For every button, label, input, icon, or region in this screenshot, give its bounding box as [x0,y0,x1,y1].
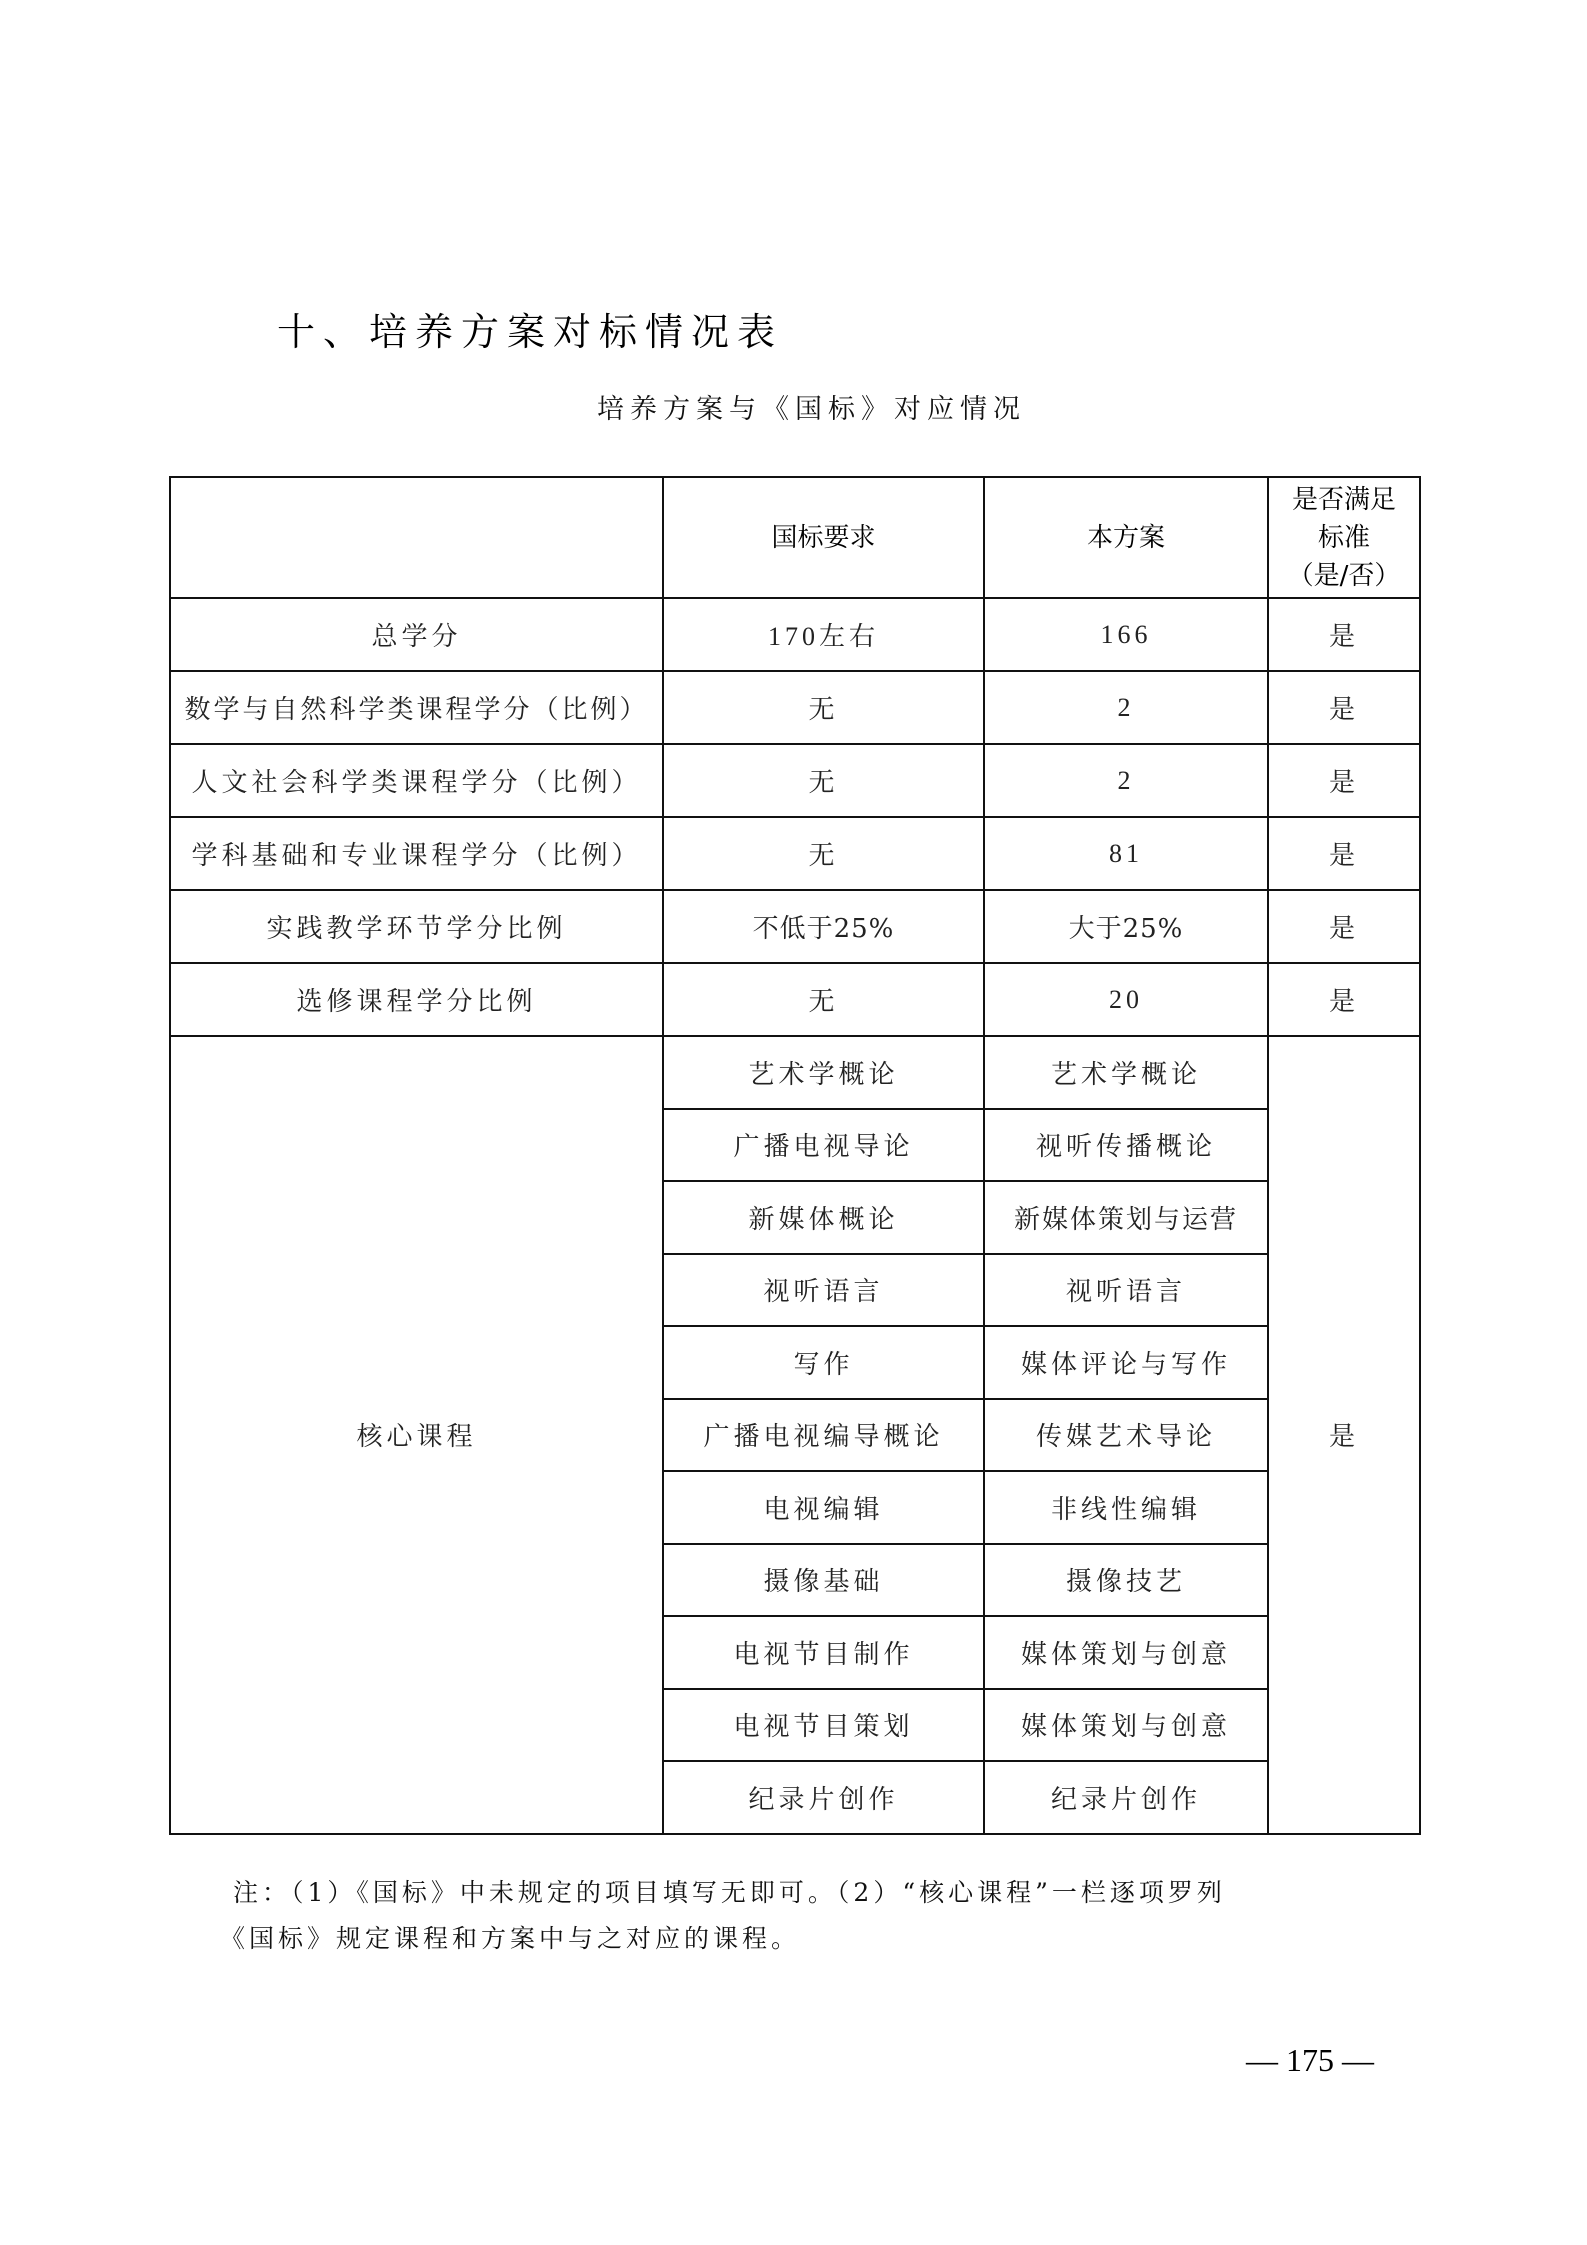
row-item: 学科基础和专业课程学分（比例） [170,817,663,890]
row-meets: 是 [1268,817,1420,890]
note-line-2: 《国标》规定课程和方案中与之对应的课程。 [220,1916,1420,1962]
core-plan-course: 媒体评论与写作 [984,1326,1268,1399]
table-caption: 培养方案与《国标》对应情况 [0,390,1587,430]
core-standard-course: 电视节目制作 [663,1616,984,1689]
row-standard: 不低于25% [663,890,984,963]
row-item: 实践教学环节学分比例 [170,890,663,963]
row-item: 人文社会科学类课程学分（比例） [170,744,663,817]
row-standard: 无 [663,671,984,744]
row-meets: 是 [1268,671,1420,744]
core-standard-course: 新媒体概论 [663,1181,984,1254]
core-course-row: 核心课程 艺术学概论 艺术学概论 是 [170,1036,1420,1109]
note-line-1: 注：（1）《国标》中未规定的项目填写无即可。（2）“核心课程”一栏逐项罗列 [220,1870,1420,1916]
table-header-row: 国标要求 本方案 是否满足 标准 （是/否） [170,477,1420,598]
row-meets: 是 [1268,744,1420,817]
table-row: 学科基础和专业课程学分（比例） 无 81 是 [170,817,1420,890]
table-row: 实践教学环节学分比例 不低于25% 大于25% 是 [170,890,1420,963]
table-note: 注：（1）《国标》中未规定的项目填写无即可。（2）“核心课程”一栏逐项罗列 《国… [220,1870,1420,1962]
row-standard: 170左右 [663,598,984,671]
core-plan-course: 摄像技艺 [984,1544,1268,1617]
row-plan: 81 [984,817,1268,890]
row-item: 总学分 [170,598,663,671]
page-number: — 175 — [1220,2040,1400,2080]
core-courses-label: 核心课程 [170,1036,663,1834]
header-plan: 本方案 [984,477,1268,598]
core-plan-course: 视听语言 [984,1254,1268,1327]
row-standard: 无 [663,744,984,817]
core-plan-course: 视听传播概论 [984,1109,1268,1182]
comparison-table: 国标要求 本方案 是否满足 标准 （是/否） 总学分 170左右 166 是 数… [169,476,1421,1835]
core-standard-course: 视听语言 [663,1254,984,1327]
row-standard: 无 [663,817,984,890]
header-meets-line2: 标准 [1269,519,1419,557]
table-row: 人文社会科学类课程学分（比例） 无 2 是 [170,744,1420,817]
row-plan: 大于25% [984,890,1268,963]
core-standard-course: 艺术学概论 [663,1036,984,1109]
core-standard-course: 纪录片创作 [663,1761,984,1834]
header-standard: 国标要求 [663,477,984,598]
core-plan-course: 艺术学概论 [984,1036,1268,1109]
row-plan: 20 [984,963,1268,1036]
header-meets: 是否满足 标准 （是/否） [1268,477,1420,598]
row-plan: 2 [984,671,1268,744]
table-row: 选修课程学分比例 无 20 是 [170,963,1420,1036]
row-item: 选修课程学分比例 [170,963,663,1036]
core-plan-course: 新媒体策划与运营 [984,1181,1268,1254]
core-plan-course: 非线性编辑 [984,1471,1268,1544]
core-plan-course: 传媒艺术导论 [984,1399,1268,1472]
core-plan-course: 媒体策划与创意 [984,1616,1268,1689]
row-plan: 2 [984,744,1268,817]
row-plan: 166 [984,598,1268,671]
row-meets: 是 [1268,890,1420,963]
core-plan-course: 媒体策划与创意 [984,1689,1268,1762]
core-standard-course: 写作 [663,1326,984,1399]
core-plan-course: 纪录片创作 [984,1761,1268,1834]
core-courses-meets: 是 [1268,1036,1420,1834]
section-title: 十、培养方案对标情况表 [277,306,783,358]
core-standard-course: 广播电视编导概论 [663,1399,984,1472]
core-standard-course: 摄像基础 [663,1544,984,1617]
header-meets-line3: （是/否） [1269,557,1419,595]
core-standard-course: 电视节目策划 [663,1689,984,1762]
header-meets-line1: 是否满足 [1269,481,1419,519]
row-meets: 是 [1268,963,1420,1036]
row-meets: 是 [1268,598,1420,671]
core-standard-course: 广播电视导论 [663,1109,984,1182]
header-item [170,477,663,598]
row-standard: 无 [663,963,984,1036]
row-item: 数学与自然科学类课程学分（比例） [170,671,663,744]
table-row: 总学分 170左右 166 是 [170,598,1420,671]
core-standard-course: 电视编辑 [663,1471,984,1544]
table-row: 数学与自然科学类课程学分（比例） 无 2 是 [170,671,1420,744]
